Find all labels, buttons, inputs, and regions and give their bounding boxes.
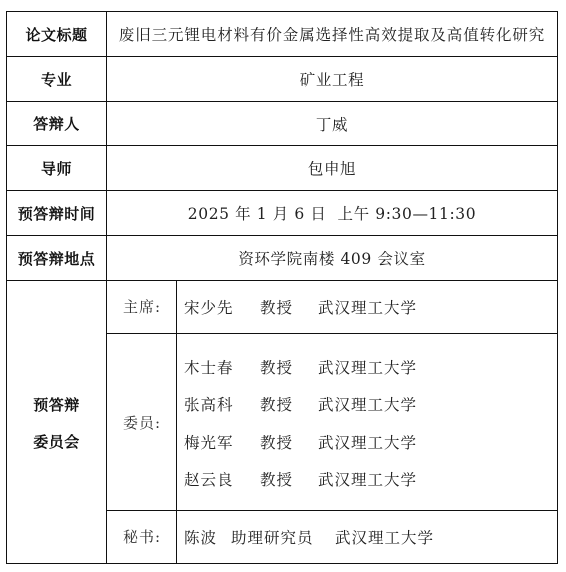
member-entry: 木士春 教授 武汉理工大学 [184, 356, 417, 378]
thesis-title-label: 论文标题 [7, 12, 107, 56]
chair-name: 宋少先 [184, 296, 260, 318]
member-affiliation: 武汉理工大学 [318, 356, 417, 378]
thesis-title-value: 废旧三元锂电材料有价金属选择性高效提取及高值转化研究 [107, 12, 557, 56]
chair-title: 教授 [260, 296, 318, 318]
committee-members-row: 委员: 木士春 教授 武汉理工大学 张高科 教授 武汉理工大学 梅光军 教授 武… [107, 334, 557, 511]
chair-role-text: 主席: [123, 296, 161, 317]
secretary-entry: 陈波 助理研究员 武汉理工大学 [184, 526, 434, 548]
committee-chair-row: 主席: 宋少先 教授 武汉理工大学 [107, 280, 557, 334]
defense-location-label: 预答辩地点 [7, 236, 107, 280]
member-name: 张高科 [184, 393, 260, 415]
member-affiliation: 武汉理工大学 [318, 393, 417, 415]
member-entry: 梅光军 教授 武汉理工大学 [184, 431, 417, 453]
secretary-name: 陈波 [184, 526, 231, 548]
row-defense-time: 预答辩时间 2025 年 1 月 6 日 上午 9:30—11:30 [7, 191, 557, 236]
committee-secretary-row: 秘书: 陈波 助理研究员 武汉理工大学 [107, 511, 557, 563]
secretary-role-text: 秘书: [123, 526, 161, 547]
row-candidate: 答辩人 丁威 [7, 102, 557, 146]
members-role-text: 委员: [123, 412, 161, 433]
chair-entry: 宋少先 教授 武汉理工大学 [184, 296, 417, 318]
row-thesis-title: 论文标题 废旧三元锂电材料有价金属选择性高效提取及高值转化研究 [7, 12, 557, 57]
row-supervisor: 导师 包申旭 [7, 146, 557, 191]
secretary-title: 助理研究员 [231, 526, 335, 548]
row-major: 专业 矿业工程 [7, 57, 557, 102]
major-value: 矿业工程 [107, 57, 557, 101]
member-title: 教授 [260, 431, 318, 453]
member-affiliation: 武汉理工大学 [318, 468, 417, 490]
member-entry: 赵云良 教授 武汉理工大学 [184, 468, 417, 490]
chair-affiliation: 武汉理工大学 [318, 296, 417, 318]
defense-location-value: 资环学院南楼 409 会议室 [107, 236, 557, 280]
committee-section: 预答辩 委员会 主席: 宋少先 教授 武汉理工大学 委员: 木士春 教授 武汉理… [7, 280, 557, 563]
chair-role-label: 主席: [107, 280, 177, 333]
member-title: 教授 [260, 393, 318, 415]
member-affiliation: 武汉理工大学 [318, 431, 417, 453]
candidate-label: 答辩人 [7, 102, 107, 145]
member-title: 教授 [260, 356, 318, 378]
committee-label-line2: 委员会 [7, 431, 106, 452]
candidate-value: 丁威 [107, 102, 557, 145]
committee-label: 预答辩 委员会 [7, 280, 107, 563]
supervisor-value: 包申旭 [107, 146, 557, 190]
member-title: 教授 [260, 468, 318, 490]
member-name: 木士春 [184, 356, 260, 378]
secretary-role-label: 秘书: [107, 511, 177, 563]
secretary-affiliation: 武汉理工大学 [335, 526, 434, 548]
defense-time-value: 2025 年 1 月 6 日 上午 9:30—11:30 [107, 191, 557, 235]
defense-info-table: 论文标题 废旧三元锂电材料有价金属选择性高效提取及高值转化研究 专业 矿业工程 … [6, 11, 558, 564]
defense-time-label: 预答辩时间 [7, 191, 107, 235]
members-role-label: 委员: [107, 334, 177, 510]
major-label: 专业 [7, 57, 107, 101]
member-entry: 张高科 教授 武汉理工大学 [184, 393, 417, 415]
committee-label-line1: 预答辩 [7, 394, 106, 415]
row-defense-location: 预答辩地点 资环学院南楼 409 会议室 [7, 236, 557, 281]
supervisor-label: 导师 [7, 146, 107, 190]
member-name: 梅光军 [184, 431, 260, 453]
member-name: 赵云良 [184, 468, 260, 490]
